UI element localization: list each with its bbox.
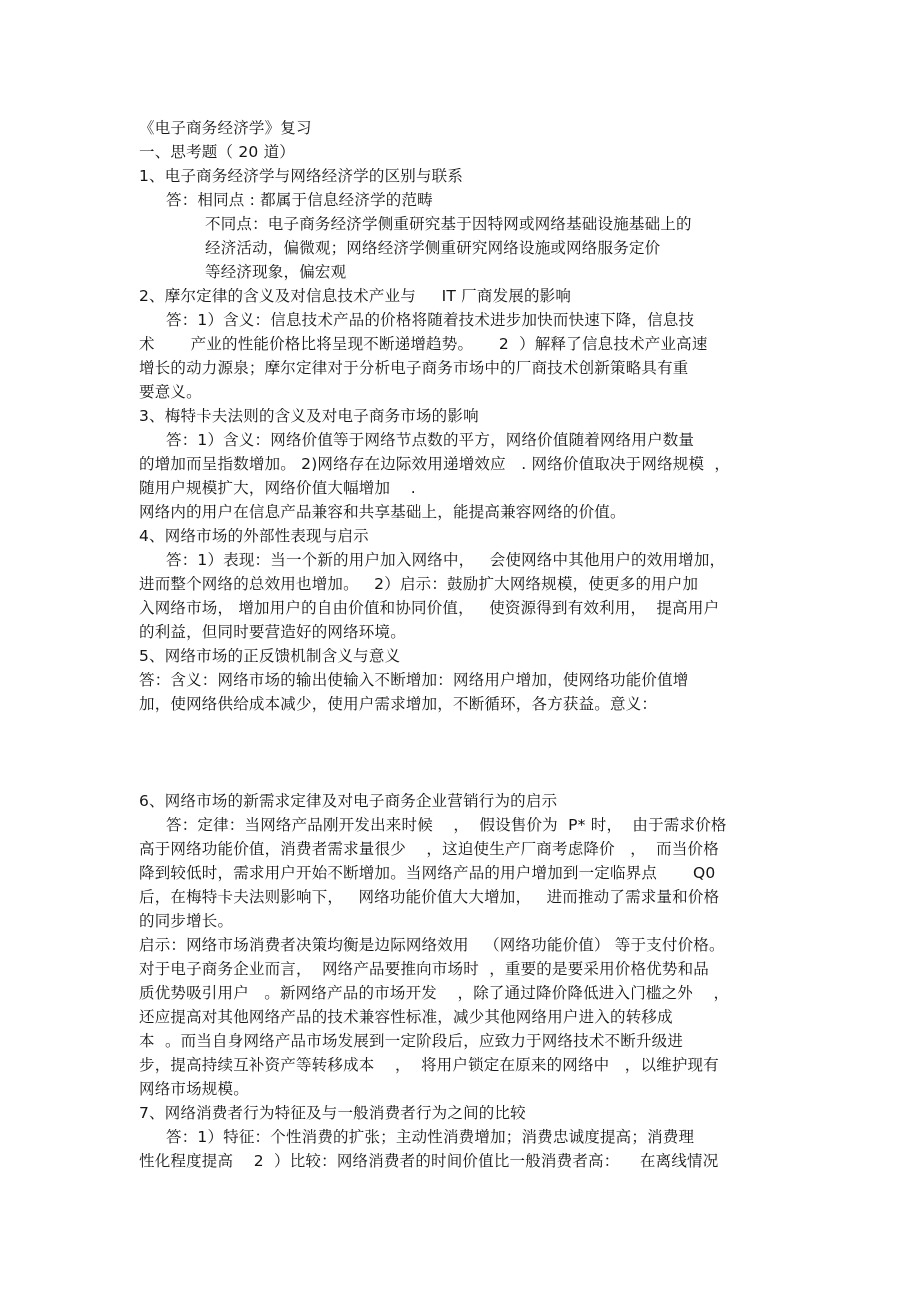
answer-line: 的利益，但同时要营造好的网络环境。 [139, 622, 406, 642]
answer-line: 还应提高对其他网络产品的技术兼容性标准，减少其他网络用户进入的转移成 [139, 1007, 673, 1027]
document-title: 《电子商务经济学》复习 [139, 118, 312, 138]
answer-line: 降到较低时，需求用户开始不断增加。当网络产品的用户增加到一定临界点 Q0 [139, 863, 715, 883]
answer-line: 增长的动力源泉；摩尔定律对于分析电子商务市场中的厂商技术创新策略具有重 [139, 358, 689, 378]
question-heading: 3、梅特卡夫法则的含义及对电子商务市场的影响 [139, 406, 479, 426]
question-heading: 1、电子商务经济学与网络经济学的区别与联系 [139, 166, 463, 186]
answer-line: 启示：网络市场消费者决策均衡是边际网络效用 （网络功能价值） 等于支付价格。 [139, 935, 725, 955]
answer-line: 的同步增长。 [139, 911, 233, 931]
answer-line: 答：1）含义：网络价值等于网络节点数的平方，网络价值随着网络用户数量 [166, 430, 694, 450]
answer-line: 要意义。 [139, 382, 202, 402]
answer-line: 答：相同点 : 都属于信息经济学的范畴 [166, 190, 433, 210]
answer-line: 网络内的用户在信息产品兼容和共享基础上，能提高兼容网络的价值。 [139, 502, 626, 522]
question-heading: 7、网络消费者行为特征及与一般消费者行为之间的比较 [139, 1103, 526, 1123]
answer-line: 答：1）含义：信息技术产品的价格将随着技术进步加快而快速下降，信息技 [166, 310, 694, 330]
question-heading: 6、网络市场的新需求定律及对电子商务企业营销行为的启示 [139, 791, 557, 811]
answer-line: 等经济现象，偏宏观 [205, 262, 346, 282]
answer-line: 对于电子商务企业而言， 网络产品要推向市场时 ，重要的是要采用价格优势和品 [139, 959, 709, 979]
document-page: 《电子商务经济学》复习 一、思考题（ 20 道） 1、电子商务经济学与网络经济学… [0, 0, 920, 1303]
answer-line: 步，提高持续互补资产等转移成本 ， 将用户锁定在原来的网络中 ，以维护现有 [139, 1055, 719, 1075]
question-heading: 4、网络市场的外部性表现与启示 [139, 526, 369, 546]
answer-line: 加，使网络供给成本减少，使用户需求增加，不断循环，各方获益。意义： [139, 694, 657, 714]
answer-line: 答：含义：网络市场的输出使输入不断增加：网络用户增加，使网络功能价值增 [139, 670, 689, 690]
answer-line: 的增加而呈指数增加。 2)网络存在边际效用递增效应 . 网络价值取决于网络规模 … [139, 454, 730, 474]
answer-line: 不同点：电子商务经济学侧重研究基于因特网或网络基础设施基础上的 [205, 214, 692, 234]
answer-line: 经济活动，偏微观；网络经济学侧重研究网络设施或网络服务定价 [205, 238, 660, 258]
answer-line: 本 。而当自身网络产品市场发展到一定阶段后，应致力于网络技术不断升级进 [139, 1031, 683, 1051]
answer-line: 术 产业的性能价格比将呈现不断递增趋势。 2 ）解释了信息技术产业高速 [139, 334, 708, 354]
answer-line: 入网络市场， 增加用户的自由价值和协同价值， 使资源得到有效利用， 提高用户 [139, 598, 719, 618]
answer-line: 高于网络功能价值，消费者需求量很少 ，这迫使生产厂商考虑降价 ， 而当价格 [139, 839, 719, 859]
answer-line: 后，在梅特卡夫法则影响下， 网络功能价值大大增加， 进而推动了需求量和价格 [139, 887, 719, 907]
answer-line: 答：1）特征：个性消费的扩张；主动性消费增加；消费忠诚度提高；消费理 [166, 1127, 694, 1147]
answer-line: 性化程度提高 2 ）比较：网络消费者的时间价值比一般消费者高： 在离线情况 [139, 1151, 718, 1171]
question-heading: 5、网络市场的正反馈机制含义与意义 [139, 646, 400, 666]
answer-line: 网络市场规模。 [139, 1079, 249, 1099]
answer-line: 答：1）表现：当一个新的用户加入网络中， 会使网络中其他用户的效用增加， [166, 550, 725, 570]
answer-line: 答：定律：当网络产品刚开发出来时候 ， 假设售价为 P* 时， 由于需求价格 [166, 815, 727, 835]
answer-line: 随用户规模扩大，网络价值大幅增加 . [139, 478, 416, 498]
answer-line: 质优势吸引用户 。新网络产品的市场开发 ，除了通过降价降低进入门槛之外 ， [139, 983, 729, 1003]
answer-line: 进而整个网络的总效用也增加。 2）启示：鼓励扩大网络规模，使更多的用户加 [139, 574, 698, 594]
section-heading: 一、思考题（ 20 道） [139, 142, 295, 162]
question-heading: 2、摩尔定律的含义及对信息技术产业与 IT 厂商发展的影响 [139, 286, 571, 306]
